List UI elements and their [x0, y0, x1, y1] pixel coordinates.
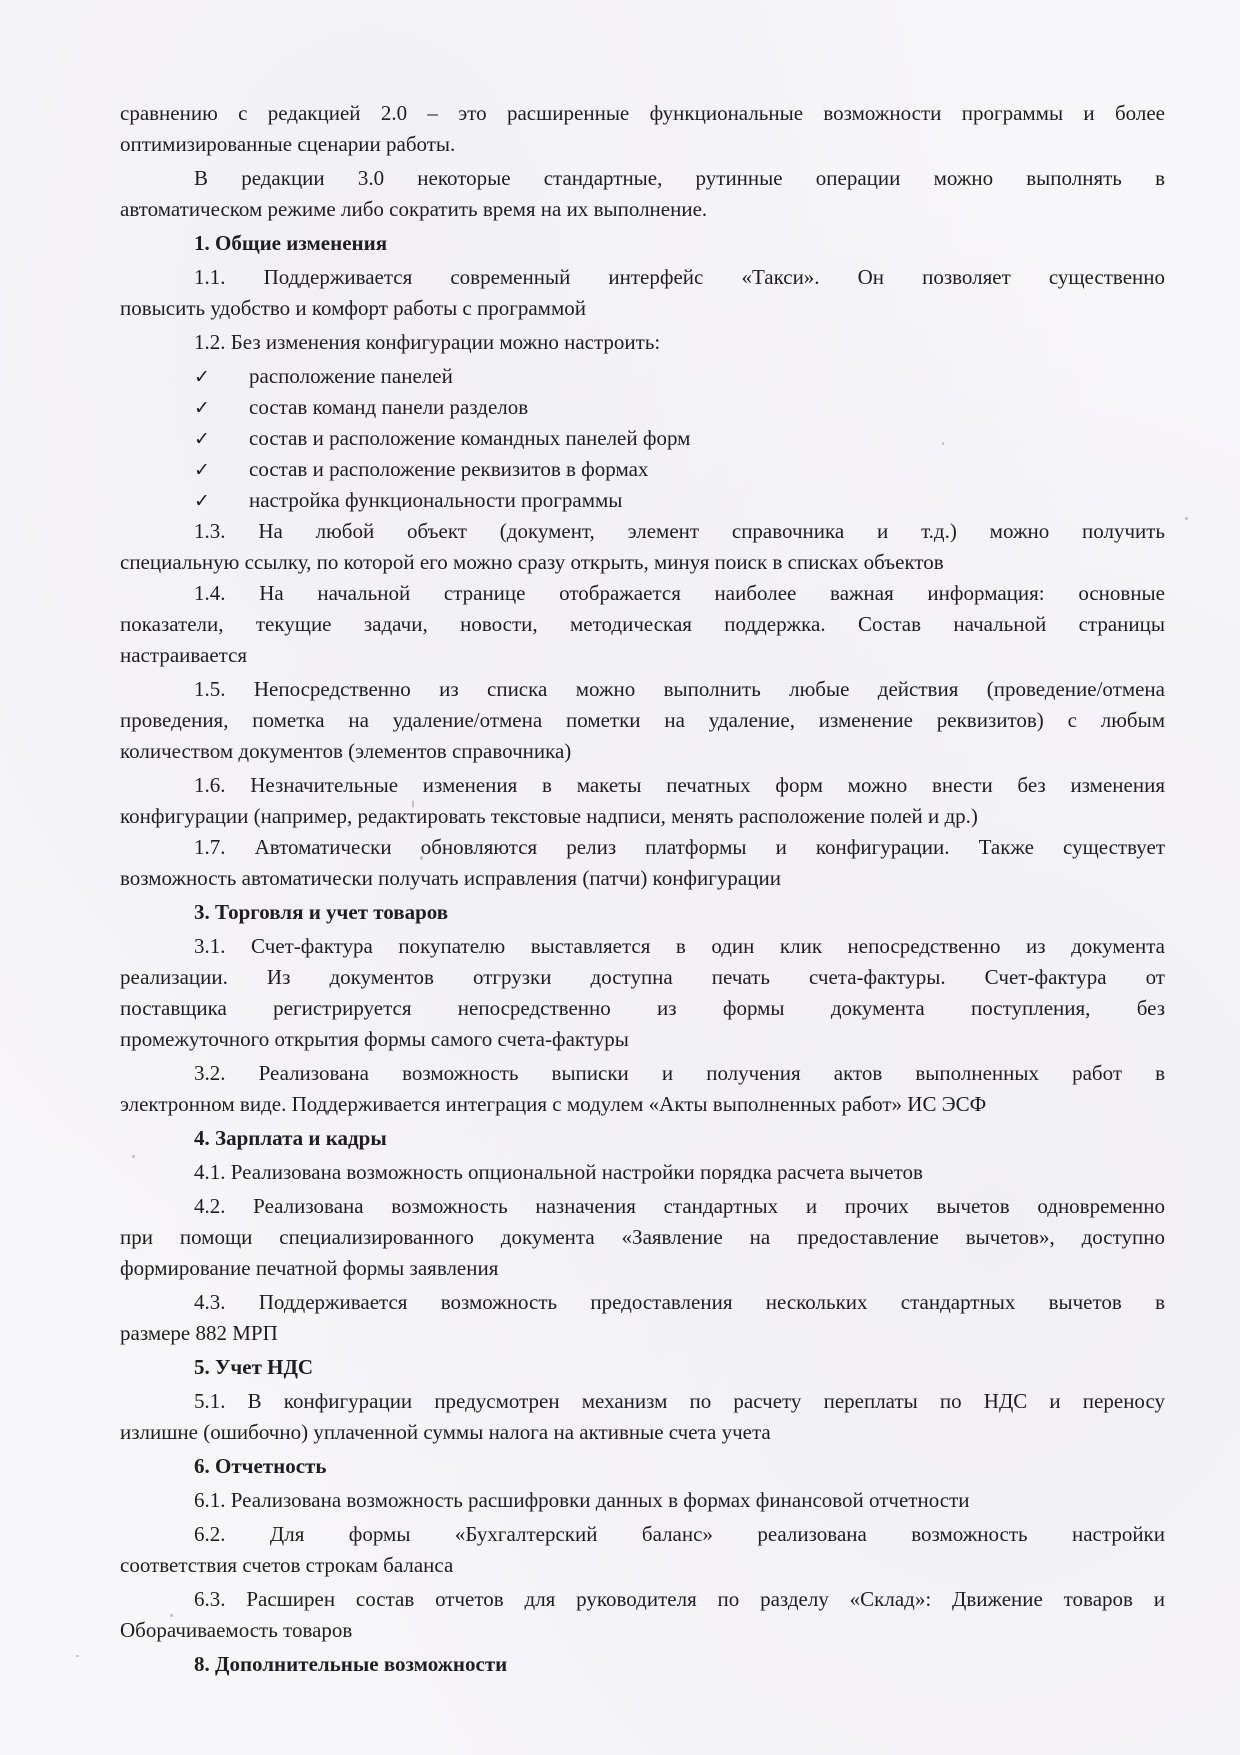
intro-line: сравнению с редакцией 2.0 – это расширен…: [120, 98, 1165, 129]
checklist-item: ✓ состав команд панели разделов: [120, 392, 1165, 423]
paragraph-line: 4.2. Реализована возможность назначения …: [120, 1191, 1165, 1222]
paragraph-line: возможность автоматически получать испра…: [120, 863, 1165, 894]
check-icon: ✓: [194, 455, 249, 486]
paragraph-line: 6.1. Реализована возможность расшифровки…: [120, 1485, 1165, 1516]
intro-line: оптимизированные сценарии работы.: [120, 129, 1165, 160]
paragraph-line: 3.1. Счет-фактура покупателю выставляетс…: [120, 931, 1165, 962]
section-heading: 8. Дополнительные возможности: [120, 1649, 1165, 1680]
checklist-item-label: расположение панелей: [249, 361, 453, 392]
paragraph-line: 5.1. В конфигурации предусмотрен механиз…: [120, 1386, 1165, 1417]
paragraph-line: формирование печатной формы заявления: [120, 1253, 1165, 1284]
paragraph-line: реализации. Из документов отгрузки досту…: [120, 962, 1165, 993]
paragraph-line: электронном виде. Поддерживается интегра…: [120, 1089, 1165, 1120]
paragraph-line: 1.6. Незначительные изменения в макеты п…: [120, 770, 1165, 801]
paragraph-line: специальную ссылку, по которой его можно…: [120, 547, 1165, 578]
paragraph-line: соответствия счетов строкам баланса: [120, 1550, 1165, 1581]
paragraph-line: 3.2. Реализована возможность выписки и п…: [120, 1058, 1165, 1089]
paragraph-line: 1.1. Поддерживается современный интерфей…: [120, 262, 1165, 293]
paragraph-line: 4.3. Поддерживается возможность предоста…: [120, 1287, 1165, 1318]
paragraph-line: 1.2. Без изменения конфигурации можно на…: [120, 327, 1165, 358]
paragraph-line: 6.3. Расширен состав отчетов для руковод…: [120, 1584, 1165, 1615]
section-heading: 6. Отчетность: [120, 1451, 1165, 1482]
intro-paragraph: В редакции 3.0 некоторые стандартные, ру…: [120, 163, 1165, 194]
paragraph-line: поставщика регистрируется непосредственн…: [120, 993, 1165, 1024]
scanned-page: сравнению с редакцией 2.0 – это расширен…: [0, 0, 1240, 1755]
document-body: сравнению с редакцией 2.0 – это расширен…: [120, 98, 1165, 1680]
check-icon: ✓: [194, 393, 249, 424]
section-heading: 3. Торговля и учет товаров: [120, 897, 1165, 928]
section-heading: 5. Учет НДС: [120, 1352, 1165, 1383]
checklist-item: ✓ настройка функциональности программы: [120, 485, 1165, 516]
paragraph-line: размере 882 МРП: [120, 1318, 1165, 1349]
scan-speck: [420, 856, 423, 860]
paragraph-line: 4.1. Реализована возможность опционально…: [120, 1157, 1165, 1188]
check-icon: ✓: [194, 362, 249, 393]
scan-speck: [170, 1614, 173, 1617]
checklist-item-label: настройка функциональности программы: [249, 485, 622, 516]
paragraph-line: Оборачиваемость товаров: [120, 1615, 1165, 1646]
paragraph-line: 1.4. На начальной странице отображается …: [120, 578, 1165, 609]
checklist-item-label: состав и расположение командных панелей …: [249, 423, 690, 454]
checklist-item-label: состав команд панели разделов: [249, 392, 528, 423]
paragraph-line: проведения, пометка на удаление/отмена п…: [120, 705, 1165, 736]
check-icon: ✓: [194, 424, 249, 455]
section-heading: 1. Общие изменения: [120, 228, 1165, 259]
section-heading: 4. Зарплата и кадры: [120, 1123, 1165, 1154]
paragraph-line: промежуточного открытия формы самого сче…: [120, 1024, 1165, 1055]
paragraph-line: настраивается: [120, 640, 1165, 671]
scan-speck: [132, 1155, 135, 1158]
checklist-item: ✓ состав и расположение реквизитов в фор…: [120, 454, 1165, 485]
scan-speck: [76, 1655, 79, 1657]
paragraph-line: показатели, текущие задачи, новости, мет…: [120, 609, 1165, 640]
checklist-item: ✓ расположение панелей: [120, 361, 1165, 392]
paragraph-line: 6.2. Для формы «Бухгалтерский баланс» ре…: [120, 1519, 1165, 1550]
checklist-item: ✓ состав и расположение командных панеле…: [120, 423, 1165, 454]
paragraph-line: излишне (ошибочно) уплаченной суммы нало…: [120, 1417, 1165, 1448]
check-icon: ✓: [194, 486, 249, 517]
scan-speck: [942, 442, 944, 445]
scan-speck: [412, 800, 414, 808]
paragraph-line: конфигурации (например, редактировать те…: [120, 801, 1165, 832]
paragraph-line: при помощи специализированного документа…: [120, 1222, 1165, 1253]
paragraph-line: количеством документов (элементов справо…: [120, 736, 1165, 767]
paragraph-line: 1.7. Автоматически обновляются релиз пла…: [120, 832, 1165, 863]
scan-speck: [1185, 517, 1188, 520]
paragraph-line: повысить удобство и комфорт работы с про…: [120, 293, 1165, 324]
intro-paragraph: автоматическом режиме либо сократить вре…: [120, 194, 1165, 225]
paragraph-line: 1.3. На любой объект (документ, элемент …: [120, 516, 1165, 547]
checklist-item-label: состав и расположение реквизитов в форма…: [249, 454, 648, 485]
paragraph-line: 1.5. Непосредственно из списка можно вып…: [120, 674, 1165, 705]
